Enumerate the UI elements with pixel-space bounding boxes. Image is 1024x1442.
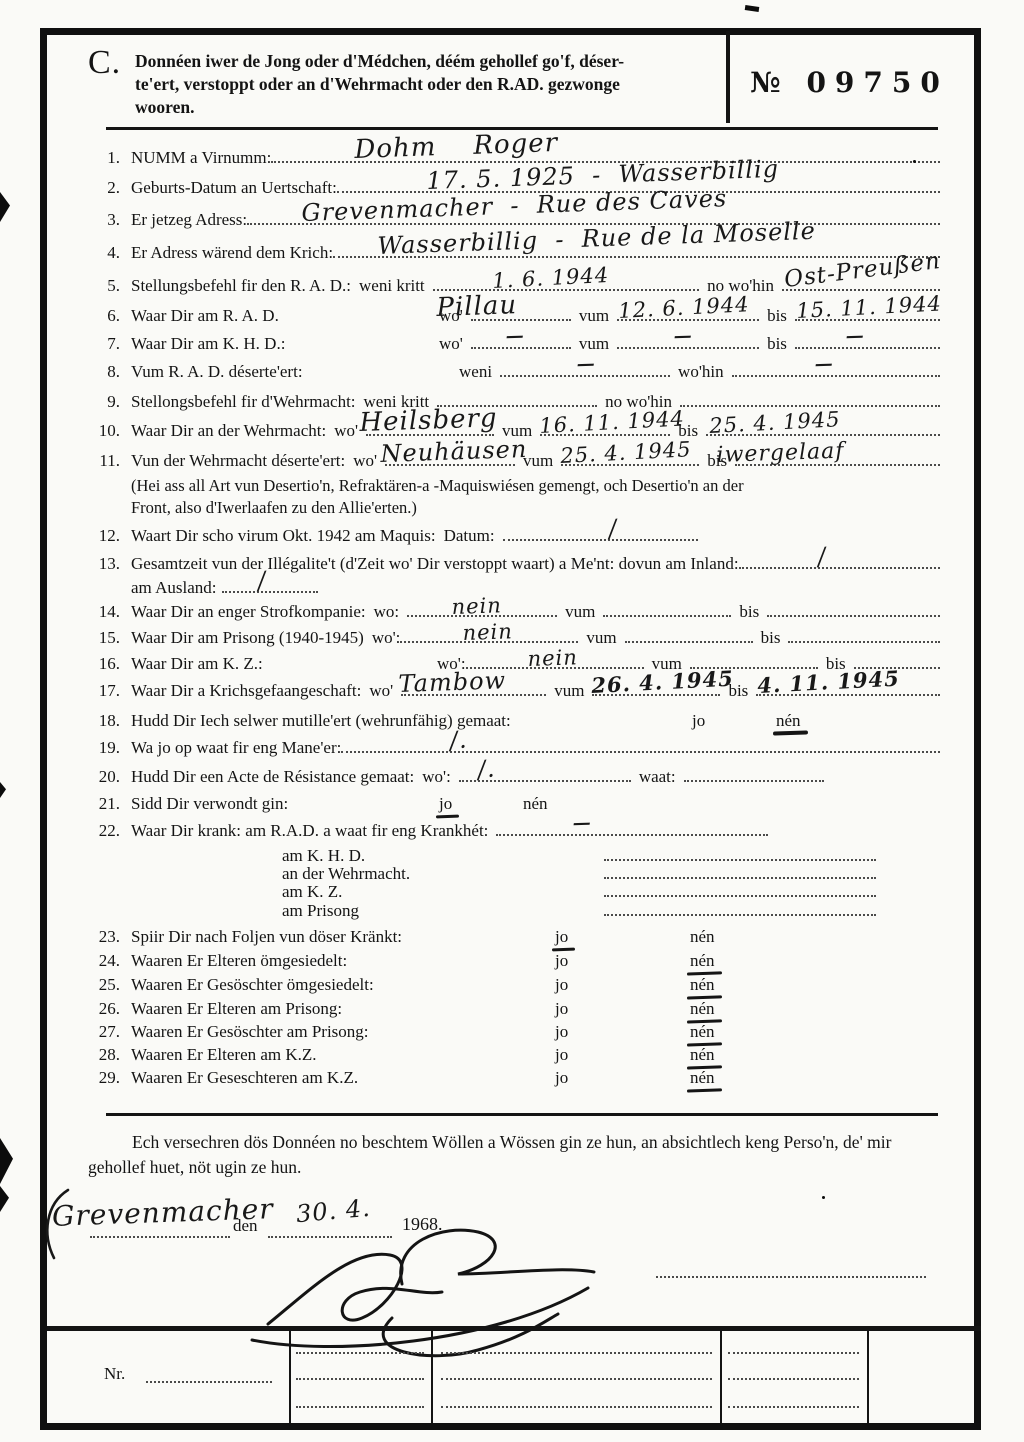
table-cell-line xyxy=(728,1378,859,1380)
answer-line: — xyxy=(732,362,940,377)
section-title-line3: wooren. xyxy=(135,96,720,119)
answer-jo: jo xyxy=(555,1045,568,1065)
answer-nen: nén xyxy=(690,951,715,971)
question-number: 12. xyxy=(88,526,120,546)
handwritten-answer: nein xyxy=(462,619,513,645)
question-row-27: 27. Waaren Er Gesöschter am Prisong: jo … xyxy=(88,1022,940,1042)
scan-artifact xyxy=(913,160,916,163)
question-label: Vun der Wehrmacht déserte'ert: xyxy=(131,451,345,471)
scan-artifact xyxy=(0,782,6,798)
field-label: weni xyxy=(459,362,492,382)
question-row-12: 12. Waart Dir scho virum Okt. 1942 am Ma… xyxy=(88,526,940,546)
field-label: wo': xyxy=(372,628,401,648)
question-number: 9. xyxy=(88,392,120,412)
section-title-line1: Donnéen iwer de Jong oder d'Médchen, déé… xyxy=(135,50,720,73)
handwritten-answer: /. xyxy=(448,725,469,755)
question-11-note-line1: (Hei ass all Art vun Desertio'n, Refrakt… xyxy=(131,476,744,496)
question-row-22: 22. Waar Dir krank: am R.A.D. a waat fir… xyxy=(88,821,940,841)
question-label: Waar Dir a Krichsgefaangeschaft: xyxy=(131,681,361,701)
answer-line xyxy=(604,901,876,916)
question-label: Spiir Dir nach Foljen vun döser Kränkt: xyxy=(131,927,402,947)
table-cell-line xyxy=(296,1378,424,1380)
question-row-8: 8. Vum R. A. D. déserte'ert: weni — wo'h… xyxy=(88,362,940,382)
question-number: 19. xyxy=(88,738,120,758)
question-number: 16. xyxy=(88,654,120,674)
handwritten-answer: iwergelaaf xyxy=(716,439,845,468)
question-row-29: 29. Waaren Er Geseschteren am K.Z. jo né… xyxy=(88,1068,940,1088)
question-number: 7. xyxy=(88,334,120,354)
answer-line: 4. 11. 1945 xyxy=(756,681,940,696)
answer-jo: jo xyxy=(555,927,568,947)
question-number: 15. xyxy=(88,628,120,648)
handwritten-answer: — xyxy=(814,353,834,375)
question-label: Waaren Er Gesöschter am Prisong: xyxy=(131,1022,369,1042)
answer-line: — xyxy=(496,821,768,836)
nr-label: Nr. xyxy=(104,1364,125,1384)
table-top-border xyxy=(47,1326,981,1331)
answer-line: / xyxy=(739,554,940,569)
question-row-26: 26. Waaren Er Elteren am Prisong: jo nén xyxy=(88,999,940,1019)
handwritten-answer: nein xyxy=(451,593,502,619)
question-number: 8. xyxy=(88,362,120,382)
question-number: 26. xyxy=(88,999,120,1019)
question-label: Waaren Er Geseschteren am K.Z. xyxy=(131,1068,358,1088)
answer-line xyxy=(680,392,940,407)
answer-line xyxy=(788,628,940,643)
answer-nen: nén xyxy=(690,999,715,1019)
answer-line: — xyxy=(500,362,670,377)
answer-line: Neuhäusen xyxy=(385,451,515,466)
handwritten-answer: Tambow xyxy=(398,666,506,698)
question-label: Waar Dir am K. Z.: xyxy=(131,654,429,674)
question-22-sub-row: am K. Z. xyxy=(282,882,882,902)
answer-jo: jo xyxy=(555,951,568,971)
question-label: Stellongsbefehl fir d'Wehrmacht: xyxy=(131,392,356,412)
question-number: 1. xyxy=(88,148,120,168)
place-line xyxy=(90,1236,230,1238)
table-cell-line xyxy=(441,1378,712,1380)
question-11-note-line2: Front, also d'Iwerlaafen zu den Allie'er… xyxy=(131,498,417,518)
field-label: wo' xyxy=(334,421,358,441)
handwritten-answer: Neuhäusen xyxy=(380,435,528,468)
question-row-4: 4. Er Adress wärend dem Krich: Wasserbil… xyxy=(88,243,940,263)
question-label: NUMM a Virnumm: xyxy=(131,148,271,168)
table-cell-line xyxy=(296,1406,424,1408)
scanned-form-page: C. Donnéen iwer de Jong oder d'Médchen, … xyxy=(0,0,1024,1442)
question-label: Hudd Dir een Acte de Résistance gemaat: xyxy=(131,767,414,787)
question-row-24: 24. Waaren Er Elteren ömgesiedelt: jo né… xyxy=(88,951,940,971)
question-label: Waar Dir am R. A. D. xyxy=(131,306,431,326)
question-row-17: 17. Waar Dir a Krichsgefaangeschaft: wo'… xyxy=(88,681,940,701)
field-label: bis xyxy=(739,602,759,622)
question-number: 22. xyxy=(88,821,120,841)
question-label: Stellungsbefehl fir den R. A. D.: xyxy=(131,276,351,296)
field-label: wo' xyxy=(439,334,463,354)
field-label: wo' xyxy=(353,451,377,471)
table-cell-line xyxy=(296,1352,424,1354)
answer-line: Heilsberg xyxy=(366,421,494,436)
answer-nen: nén xyxy=(690,1022,715,1042)
table-cell-line xyxy=(441,1406,712,1408)
answer-nen: nén xyxy=(690,1045,715,1065)
question-label: Waar Dir am K. H. D.: xyxy=(131,334,431,354)
question-row-21: 21. Sidd Dir verwondt gin: jo nén xyxy=(88,794,940,814)
table-divider xyxy=(720,1331,722,1423)
handwritten-answer: Pillau xyxy=(436,290,518,323)
question-number: 6. xyxy=(88,306,120,326)
question-number: 10. xyxy=(88,421,120,441)
answer-line: iwergelaaf xyxy=(735,451,940,466)
answer-jo: jo xyxy=(555,1068,568,1088)
scan-artifact xyxy=(0,1138,13,1184)
handwritten-answer: 1. 6. 1944 xyxy=(491,263,609,293)
answer-line xyxy=(625,628,753,643)
field-label: vum xyxy=(579,306,609,326)
handwritten-answer: — xyxy=(505,325,525,347)
answer-nen: nén xyxy=(690,1068,715,1088)
answer-line: /. xyxy=(459,767,631,782)
handwriting-flourish xyxy=(38,1186,72,1262)
answer-line xyxy=(604,846,876,861)
answer-line xyxy=(767,602,940,617)
question-row-6: 6. Waar Dir am R. A. D. wo' Pillau vum 1… xyxy=(88,306,940,326)
scan-artifact xyxy=(822,1196,825,1199)
question-label: Waaren Er Elteren am Prisong: xyxy=(131,999,342,1019)
sub-label: am K. Z. xyxy=(282,882,604,902)
answer-line: Wasserbillig - Rue de la Moselle xyxy=(333,243,940,258)
answer-line xyxy=(603,602,731,617)
question-number: 5. xyxy=(88,276,120,296)
signature xyxy=(240,1222,620,1362)
handwritten-answer: nein xyxy=(527,645,578,671)
answer-line: /. xyxy=(341,738,940,753)
answer-line: — xyxy=(471,334,571,349)
sub-label: am K. H. D. xyxy=(282,846,604,866)
question-number: 18. xyxy=(88,711,120,731)
answer-line: 1. 6. 1944 xyxy=(433,276,700,291)
form-number: № 09750 xyxy=(750,66,949,99)
countersignature-line xyxy=(656,1276,926,1278)
answer-line: Ost-Preußen xyxy=(782,276,940,291)
question-row-15: 15. Waar Dir am Prisong (1940-1945) wo':… xyxy=(88,628,940,648)
table-cell-line xyxy=(146,1381,272,1383)
question-label: Waar Dir an enger Strofkompanie: xyxy=(131,602,366,622)
answer-line: nein xyxy=(407,602,557,617)
question-row-14: 14. Waar Dir an enger Strofkompanie: wo:… xyxy=(88,602,940,622)
handwritten-answer: — xyxy=(673,325,693,347)
question-label: Waar Dir krank: am R.A.D. a waat fir eng… xyxy=(131,821,488,841)
field-label: vum xyxy=(579,334,609,354)
field-label: wo'hin xyxy=(678,362,724,382)
answer-jo: jo xyxy=(439,794,452,814)
answer-line: 15. 11. 1944 xyxy=(795,306,940,321)
handwritten-answer: — xyxy=(572,812,592,834)
answer-line: / xyxy=(222,578,318,593)
field-label: vum xyxy=(586,628,616,648)
field-label: vum xyxy=(565,602,595,622)
field-label: wo': xyxy=(422,767,451,787)
section-title-line2: te'ert, verstoppt oder an d'Wehrmacht od… xyxy=(135,73,720,96)
sub-label: am Prisong xyxy=(282,901,604,921)
answer-line: 25. 4. 1945 xyxy=(706,421,940,436)
question-number: 2. xyxy=(88,178,120,198)
question-label: Waart Dir scho virum Okt. 1942 am Maquis… xyxy=(131,526,436,546)
question-number: 27. xyxy=(88,1022,120,1042)
question-row-20: 20. Hudd Dir een Acte de Résistance gema… xyxy=(88,767,940,787)
question-number: 28. xyxy=(88,1045,120,1065)
question-number: 24. xyxy=(88,951,120,971)
question-number: 17. xyxy=(88,681,120,701)
answer-line: Grevenmacher - Rue des Caves xyxy=(247,210,940,225)
declaration-text: Ech versechren dös Donnéen no beschtem W… xyxy=(88,1130,944,1180)
answer-line: — xyxy=(795,334,940,349)
question-label: Er Adress wärend dem Krich: xyxy=(131,243,333,263)
answer-jo: jo xyxy=(555,1022,568,1042)
table-divider xyxy=(867,1331,869,1423)
answer-line: nein xyxy=(400,628,578,643)
question-number: 4. xyxy=(88,243,120,263)
question-row-25: 25. Waaren Er Gesöschter ömgesiedelt: jo… xyxy=(88,975,940,995)
handwritten-answer: /. xyxy=(476,754,497,784)
table-divider xyxy=(431,1331,433,1423)
answer-line: Tambow xyxy=(401,681,546,696)
question-number: 29. xyxy=(88,1068,120,1088)
field-label: vum xyxy=(554,681,584,701)
field-label: waat: xyxy=(639,767,676,787)
handwritten-answer: — xyxy=(845,325,865,347)
question-row-13: 13. Gesamtzeit vun der Illégalite't (d'Z… xyxy=(88,554,940,574)
answer-jo: jo xyxy=(692,711,705,731)
question-number: 13. xyxy=(88,554,120,574)
question-row-13b: am Ausland: / xyxy=(88,578,940,598)
table-cell-line xyxy=(728,1352,859,1354)
numero-sign: № xyxy=(750,66,780,99)
sub-label: an der Wehrmacht. xyxy=(282,864,604,884)
answer-line: Pillau xyxy=(471,306,571,321)
question-number: 23. xyxy=(88,927,120,947)
scan-artifact xyxy=(745,5,760,12)
field-label: bis xyxy=(767,306,787,326)
section-title: Donnéen iwer de Jong oder d'Médchen, déé… xyxy=(135,50,720,119)
question-row-11: 11. Vun der Wehrmacht déserte'ert: wo' N… xyxy=(88,451,940,471)
answer-line xyxy=(604,864,876,879)
section-rule xyxy=(106,1113,938,1116)
question-label: Wa jo op waat fir eng Mane'er: xyxy=(131,738,341,758)
answer-line: / xyxy=(503,526,698,541)
header-divider xyxy=(726,31,730,123)
table-divider xyxy=(289,1331,291,1423)
question-row-7: 7. Waar Dir am K. H. D.: wo' — vum — bis… xyxy=(88,334,940,354)
question-22-sub-row: an der Wehrmacht. xyxy=(282,864,882,884)
handwritten-answer: Heilsberg xyxy=(359,403,498,438)
question-number: 14. xyxy=(88,602,120,622)
field-label: bis xyxy=(761,628,781,648)
form-number-digits: 09750 xyxy=(806,66,948,99)
field-label: bis xyxy=(767,334,787,354)
field-label: weni kritt xyxy=(359,276,425,296)
handwritten-answer: — xyxy=(576,353,596,375)
handwritten-answer: Dohm Roger xyxy=(354,128,559,165)
answer-line: 26. 4. 1945 xyxy=(592,681,720,696)
question-number: 3. xyxy=(88,210,120,230)
field-label: wo' xyxy=(369,681,393,701)
question-number: 20. xyxy=(88,767,120,787)
question-number: 21. xyxy=(88,794,120,814)
scan-artifact xyxy=(0,192,10,222)
scan-artifact xyxy=(0,1186,9,1212)
field-label: am Ausland: xyxy=(131,578,216,598)
answer-nen: nén xyxy=(776,711,801,731)
section-letter: C. xyxy=(88,44,121,82)
question-label: Er jetzeg Adress: xyxy=(131,210,247,230)
question-22-sub-row: am K. H. D. xyxy=(282,846,882,866)
answer-line: 12. 6. 1944 xyxy=(617,306,759,321)
question-number: 25. xyxy=(88,975,120,995)
answer-line: 25. 4. 1945 xyxy=(561,451,699,466)
question-row-23: 23. Spiir Dir nach Foljen vun döser Krän… xyxy=(88,927,940,947)
answer-nen: nén xyxy=(690,927,715,947)
question-row-28: 28. Waaren Er Elteren am K.Z. jo nén xyxy=(88,1045,940,1065)
question-label: Waaren Er Gesöschter ömgesiedelt: xyxy=(131,975,374,995)
question-label: Waar Dir an der Wehrmacht: xyxy=(131,421,326,441)
field-label: Datum: xyxy=(444,526,495,546)
question-label: Waar Dir am Prisong (1940-1945) xyxy=(131,628,364,648)
field-label: wo: xyxy=(374,602,400,622)
question-label: Waaren Er Elteren ömgesiedelt: xyxy=(131,951,347,971)
question-label: Sidd Dir verwondt gin: xyxy=(131,794,288,814)
answer-line xyxy=(684,767,824,782)
answer-line: 16. 11. 1944 xyxy=(540,421,670,436)
question-label: Geburts-Datum an Uertschaft: xyxy=(131,178,337,198)
question-22-sub-row: am Prisong xyxy=(282,901,882,921)
question-label: Vum R. A. D. déserte'ert: xyxy=(131,362,451,382)
answer-nen: nén xyxy=(523,794,548,814)
question-row-19: 19. Wa jo op waat fir eng Mane'er: /. xyxy=(88,738,940,758)
answer-line xyxy=(604,882,876,897)
answer-line: — xyxy=(617,334,759,349)
answer-jo: jo xyxy=(555,975,568,995)
question-row-18: 18. Hudd Dir Iech selwer mutille'ert (we… xyxy=(88,711,940,731)
question-label: Waaren Er Elteren am K.Z. xyxy=(131,1045,317,1065)
answer-nen: nén xyxy=(690,975,715,995)
answer-jo: jo xyxy=(555,999,568,1019)
question-number: 11. xyxy=(88,451,120,471)
question-label: Gesamtzeit vun der Illégalite't (d'Zeit … xyxy=(131,554,739,574)
table-cell-line xyxy=(728,1406,859,1408)
table-cell-line xyxy=(441,1352,712,1354)
